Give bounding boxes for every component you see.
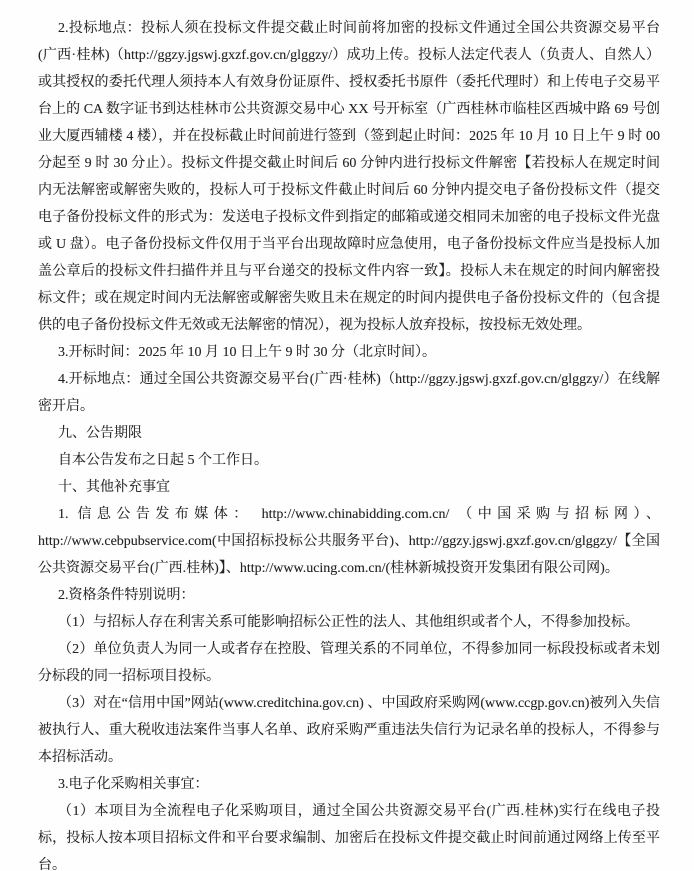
paragraph-bid-submission-location: 2.投标地点：投标人须在投标文件提交截止时间前将加密的投标文件通过全国公共资源交… [38,15,660,339]
document-page: 2.投标地点：投标人须在投标文件提交截止时间前将加密的投标文件通过全国公共资源交… [0,0,694,871]
paragraph-qualification-note-3: （3）对在“信用中国”网站(www.creditchina.gov.cn) 、中… [38,690,660,771]
paragraph-bid-opening-time: 3.开标时间：2025 年 10 月 10 日上午 9 时 30 分（北京时间）… [38,339,660,366]
paragraph-bid-opening-location: 4.开标地点：通过全国公共资源交易平台(广西·桂林)（http://ggzy.j… [38,366,660,420]
paragraph-eprocurement-heading: 3.电子化采购相关事宜： [38,771,660,798]
paragraph-qualification-note-2: （2）单位负责人为同一人或者存在控股、管理关系的不同单位，不得参加同一标段投标或… [38,636,660,690]
paragraph-announcement-period: 自本公告发布之日起 5 个工作日。 [38,447,660,474]
paragraph-qualification-note-1: （1）与招标人存在利害关系可能影响招标公正性的法人、其他组织或者个人，不得参加投… [38,609,660,636]
paragraph-eprocurement-note-1: （1）本项目为全流程电子化采购项目，通过全国公共资源交易平台(广西.桂林)实行在… [38,798,660,871]
paragraph-publication-media: 1. 信息公告发布媒体： http://www.chinabidding.com… [38,501,660,582]
section-heading-announcement-period: 九、公告期限 [38,420,660,447]
section-heading-other-matters: 十、其他补充事宜 [38,474,660,501]
paragraph-qualification-notes-heading: 2.资格条件特别说明： [38,582,660,609]
